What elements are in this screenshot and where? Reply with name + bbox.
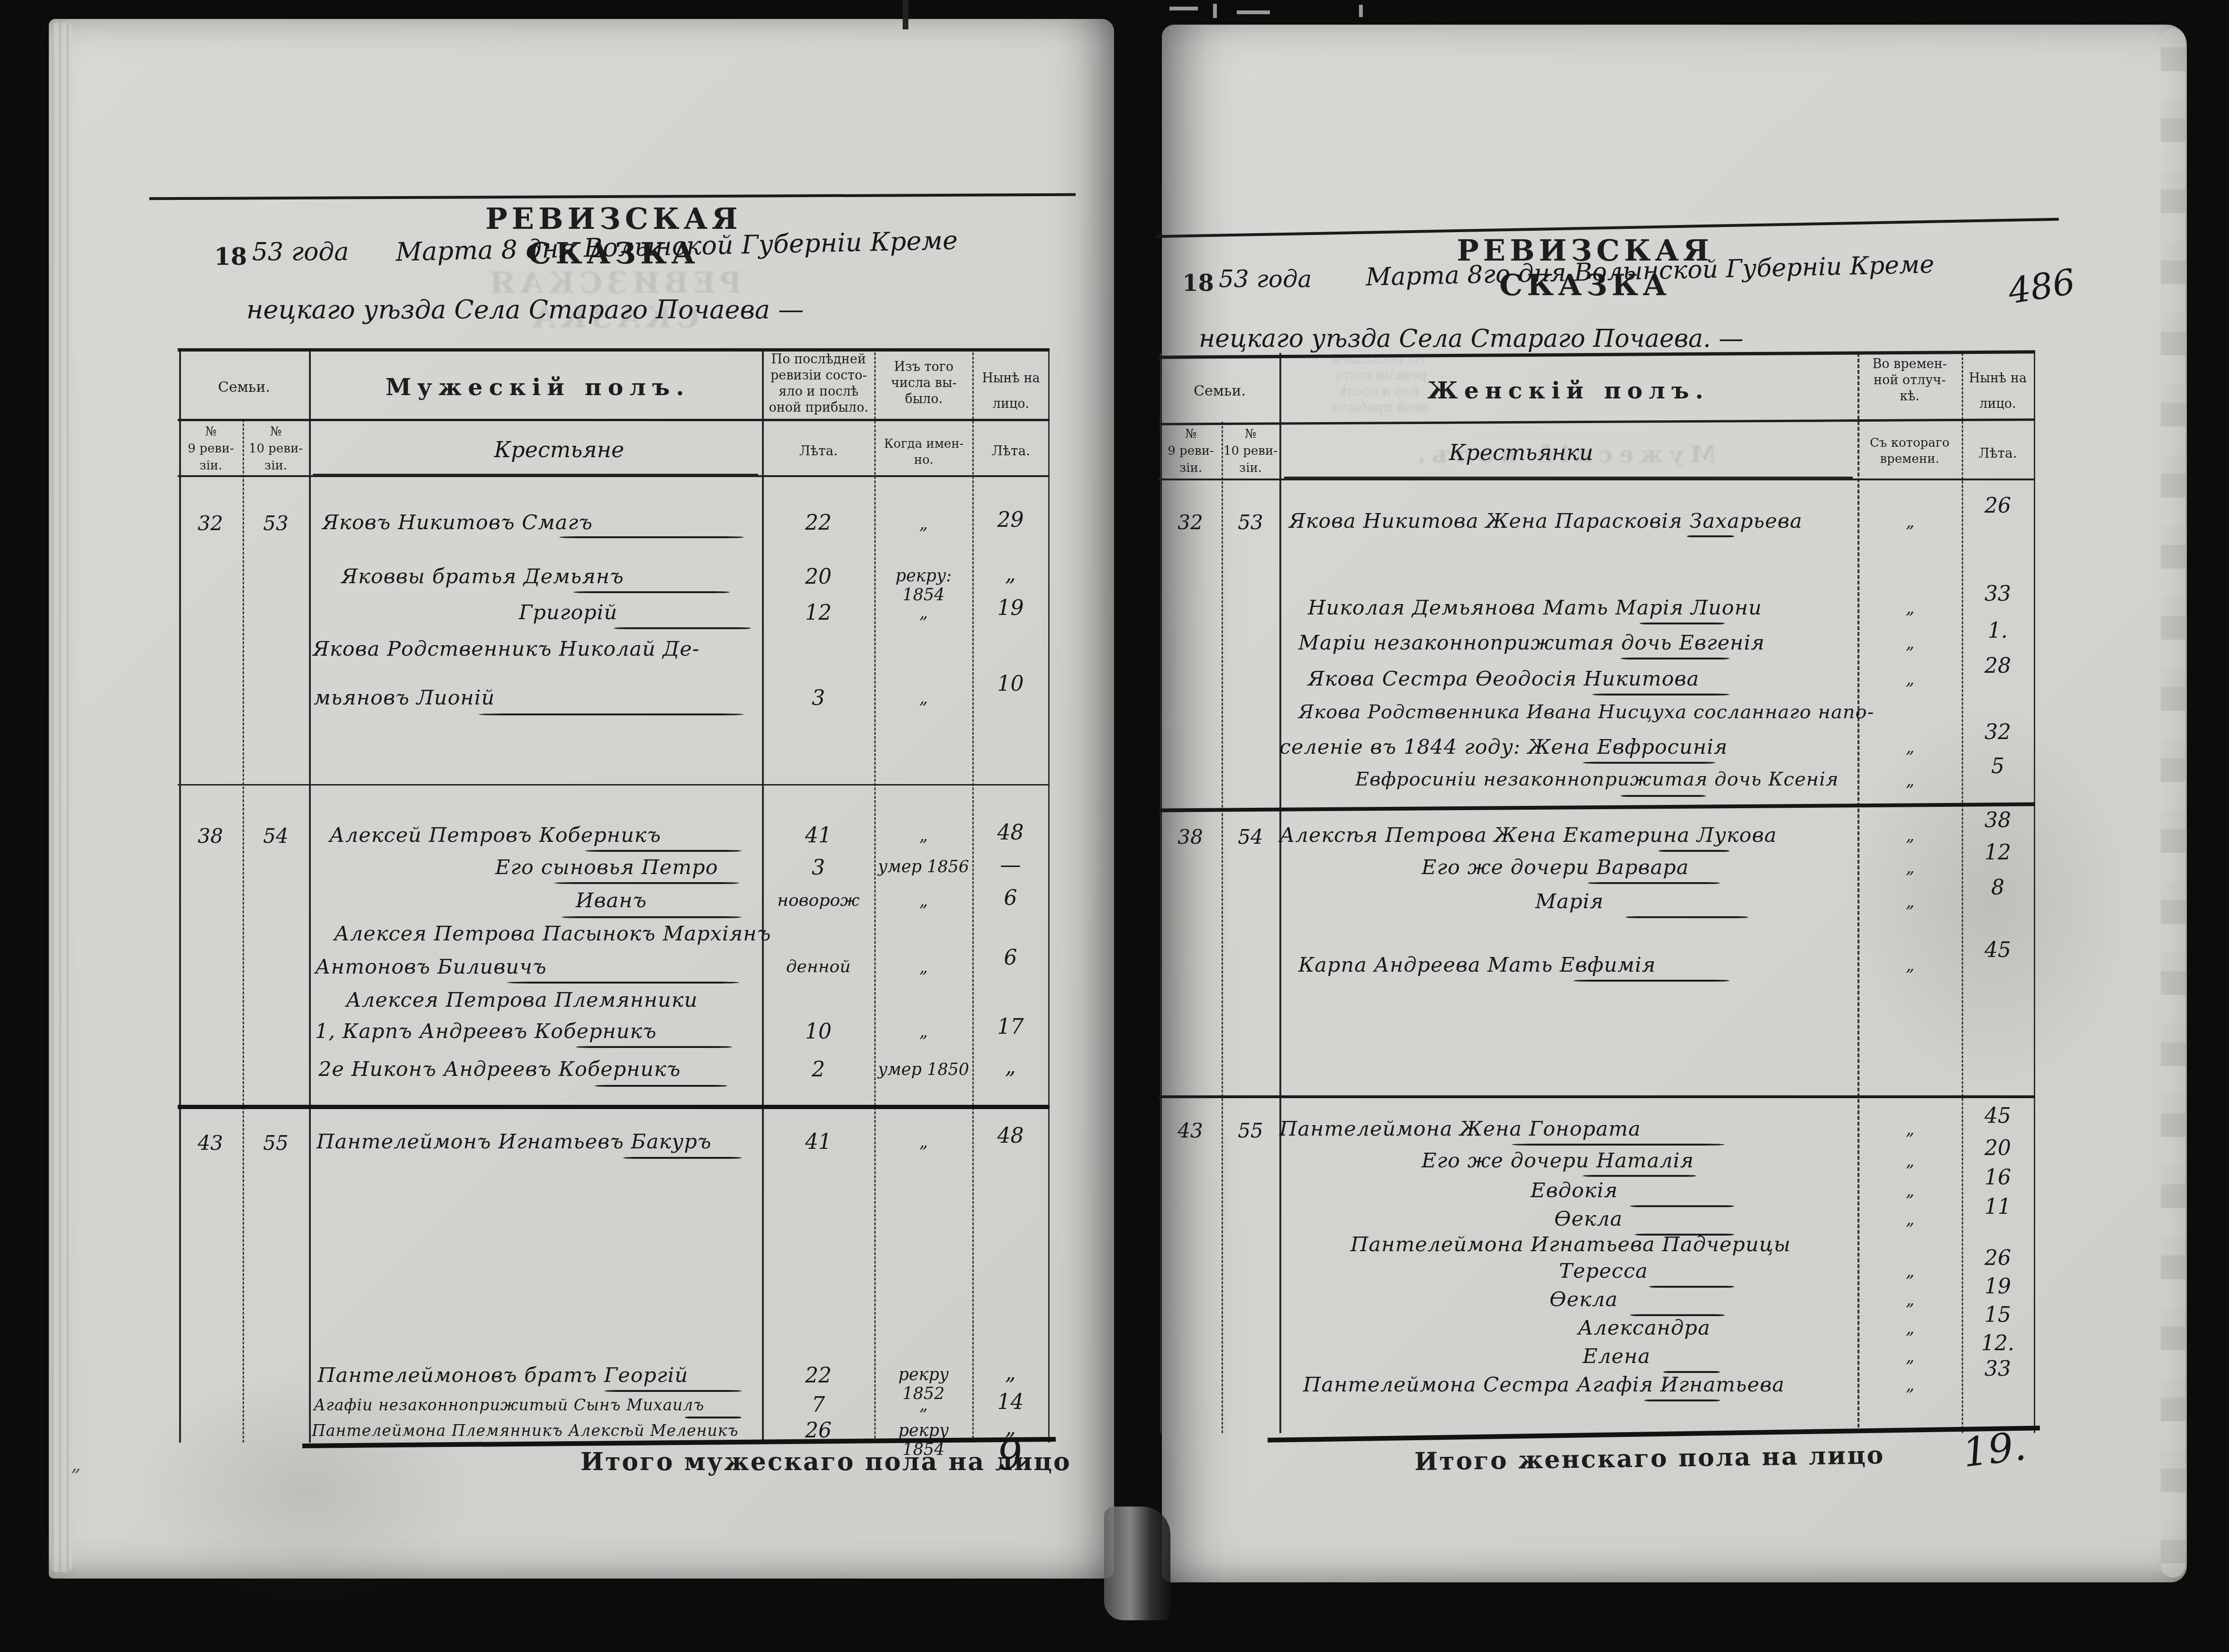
column-divider xyxy=(1279,353,1281,1433)
when-note: умер 1856 xyxy=(876,858,971,876)
age-now: 28 xyxy=(1963,654,2033,678)
peasants-underline xyxy=(313,474,758,476)
person-name: Марія xyxy=(1535,890,1604,913)
header-rev9: № 9 реви- зіи. xyxy=(1160,425,1222,477)
age-now: 12 xyxy=(1963,840,2033,865)
header-years: Лѣта. xyxy=(1963,445,2033,461)
header-absent: Во времен- ной отлуч- кѣ. xyxy=(1858,356,1961,405)
header-now-present: Нынѣ на лицо. xyxy=(1963,366,2033,417)
person-name: Евдокія xyxy=(1531,1179,1618,1202)
person-name: Григорій xyxy=(519,601,617,624)
age-now: 26 xyxy=(1963,1246,2033,1270)
fill-rule xyxy=(585,850,742,852)
when-mark: „ xyxy=(876,689,971,708)
header-peasants-hw: Крестьянки xyxy=(1398,440,1644,465)
since-mark: „ xyxy=(1860,826,1960,845)
person-name: селеніе въ 1844 году: Жена Евфросинія xyxy=(1279,735,1728,759)
person-name: Яковъ Никитовъ Смагъ xyxy=(322,511,593,534)
person-name: Антоновъ Биливичъ xyxy=(315,955,547,979)
when-mark: „ xyxy=(876,1133,971,1152)
age-prev: новорож xyxy=(764,891,873,910)
header-family: Семьи. xyxy=(179,379,309,396)
header-male-sex: Мужескій полъ. xyxy=(313,373,763,401)
fill-rule xyxy=(1621,658,1730,659)
person-name: Пантелеймоновъ братъ Георгій xyxy=(317,1363,688,1387)
fill-rule xyxy=(507,982,739,984)
person-name: Пантелеймона Жена Гонората xyxy=(1279,1117,1641,1141)
when-mark: „ xyxy=(876,826,971,845)
person-name: Якова Сестра Ѳеодосія Никитова xyxy=(1308,667,1699,691)
left-total-value: 9 xyxy=(995,1430,1025,1479)
family-no-9th: 38 xyxy=(180,824,241,848)
person-name: Агафіи незаконноприжитый Сынъ Михаилъ xyxy=(314,1396,705,1414)
since-mark: „ xyxy=(1860,893,1960,912)
family-no-9th: 32 xyxy=(1161,511,1220,534)
age-now: 29 xyxy=(974,508,1047,532)
age-now: 6 xyxy=(974,886,1047,910)
column-divider xyxy=(309,348,311,1443)
header-departed: Изъ того числа вы- было. xyxy=(875,359,972,407)
person-name: Маріи незаконноприжитая дочь Евгенія xyxy=(1298,631,1765,655)
left-date-year: 53 года xyxy=(252,238,349,266)
revision-list-scan: РЕВИЗСКАЯ СКАЗКА РЕВИЗСКАЯ СКАЗКА 18 53 … xyxy=(0,0,2229,1652)
fill-rule xyxy=(1649,1286,1734,1288)
fill-rule xyxy=(573,591,730,593)
since-mark: „ xyxy=(1860,1319,1960,1338)
family-no-10th: 53 xyxy=(244,512,308,535)
age-prev: 12 xyxy=(764,601,873,625)
person-name: Алексѣя Петрова Жена Екатерина Лукова xyxy=(1279,823,1777,847)
family-no-10th: 53 xyxy=(1223,511,1278,534)
family-separator xyxy=(178,1105,1050,1109)
header-rev10: № 10 реви- зіи. xyxy=(243,423,309,474)
age-now: 48 xyxy=(974,1124,1047,1148)
fill-rule xyxy=(554,882,739,884)
table-right-edge xyxy=(1048,348,1050,1443)
fill-rule xyxy=(614,627,751,629)
since-mark: „ xyxy=(1860,738,1960,757)
when-note: рекру: 1854 xyxy=(876,567,971,605)
page-stack-edge xyxy=(51,23,72,1572)
person-name: Пантелеймона Племянникъ Алексѣй Меленикъ xyxy=(312,1421,739,1440)
age-now: 1. xyxy=(1963,619,2033,643)
gutter-page-curl xyxy=(1104,1507,1170,1620)
person-name: Его же дочери Наталія xyxy=(1422,1149,1694,1173)
age-prev: денной xyxy=(764,957,873,976)
fill-rule xyxy=(1621,795,1706,797)
age-now: 19 xyxy=(974,596,1047,620)
fill-rule xyxy=(1625,916,1749,918)
age-now: 17 xyxy=(974,1015,1047,1039)
binding-mark xyxy=(903,0,908,29)
binding-mark xyxy=(1237,10,1270,14)
fill-rule xyxy=(623,1157,742,1159)
header-rev10: № 10 реви- зіи. xyxy=(1222,425,1279,477)
fill-rule xyxy=(1630,1205,1734,1207)
left-date-printed-prefix: 18 xyxy=(214,243,247,271)
column-divider xyxy=(1222,422,1223,1433)
since-mark: „ xyxy=(1860,634,1960,653)
age-now: 26 xyxy=(1963,494,2033,518)
header-rule xyxy=(1159,478,2035,480)
since-mark: „ xyxy=(1860,513,1960,532)
age-prev: 10 xyxy=(764,1020,873,1044)
header-rev9: № 9 реви- зіи. xyxy=(179,423,243,474)
age-prev: 41 xyxy=(764,823,873,848)
person-name: Пантелеймона Сестра Агафія Игнатьева xyxy=(1303,1373,1785,1397)
since-mark: „ xyxy=(1860,1210,1960,1229)
age-prev: 41 xyxy=(764,1130,873,1154)
age-now: 32 xyxy=(1963,720,2033,744)
since-mark: „ xyxy=(1860,858,1960,877)
fill-rule xyxy=(1592,694,1730,695)
age-now: 48 xyxy=(974,821,1047,845)
fill-rule xyxy=(1640,623,1725,624)
fill-rule xyxy=(685,1417,742,1418)
person-name: Его же дочери Варвара xyxy=(1422,856,1689,879)
age-now: 12. xyxy=(1963,1331,2033,1355)
age-prev: 22 xyxy=(764,1363,873,1388)
table-top-rule xyxy=(178,348,1050,352)
fill-rule xyxy=(595,1085,727,1087)
age-now: 45 xyxy=(1963,1104,2033,1128)
header-prev-revision: По послѣдней ревизіи состо- яло и послѣ … xyxy=(763,352,874,416)
age-now: 19 xyxy=(1963,1274,2033,1299)
age-now: 20 xyxy=(1963,1136,2033,1160)
left-date-line2: нецкаго уѣзда Села Стараго Почаева — xyxy=(246,295,804,325)
header-since: Съ котораго времени. xyxy=(1858,435,1961,467)
since-mark: „ xyxy=(1860,1182,1960,1201)
person-name: Николая Демьянова Мать Марія Лиони xyxy=(1308,596,1762,620)
age-prev: 22 xyxy=(764,511,873,535)
header-rule xyxy=(178,419,1050,421)
when-mark: „ xyxy=(876,515,971,533)
person-name: Якова Никитова Жена Парасковія Захарьева xyxy=(1289,509,1803,533)
family-no-9th: 32 xyxy=(180,512,241,535)
header-peasants-hw: Крестьяне xyxy=(450,437,668,462)
header-years-now: Лѣта. xyxy=(974,443,1048,459)
header-female-sex: Женскій полъ. xyxy=(1279,377,1857,404)
header-when: Когда имен- но. xyxy=(875,436,972,468)
person-name: Карпа Андреева Мать Евфимія xyxy=(1298,953,1656,977)
person-name: Якова Родственникъ Николай Де- xyxy=(313,637,699,661)
age-now: 15 xyxy=(1963,1303,2033,1327)
column-divider xyxy=(1857,353,1859,1433)
age-now: 14 xyxy=(974,1390,1047,1414)
fill-rule xyxy=(1658,850,1730,852)
age-prev: 26 xyxy=(764,1418,873,1443)
when-mark: „ xyxy=(876,958,971,977)
person-name: Алексей Петровъ Коберникъ xyxy=(329,823,661,847)
since-mark: „ xyxy=(1860,1347,1960,1366)
fill-rule xyxy=(1573,980,1730,982)
person-name: Елена xyxy=(1583,1345,1650,1368)
header-years: Лѣта. xyxy=(763,443,874,459)
age-prev: 20 xyxy=(764,565,873,589)
right-total-value: 19. xyxy=(1960,1422,2029,1476)
fill-rule xyxy=(479,713,744,715)
when-mark: „ xyxy=(876,892,971,911)
age-now: 33 xyxy=(1963,582,2033,606)
since-mark: „ xyxy=(1860,1262,1960,1281)
binding-mark xyxy=(1359,5,1363,17)
person-name: Пантелеймонъ Игнатьевъ Бакуръ xyxy=(317,1130,712,1154)
right-date-printed-prefix: 18 xyxy=(1182,270,1214,297)
person-name: Иванъ xyxy=(576,889,647,912)
fill-rule xyxy=(1512,1144,1725,1146)
since-mark: „ xyxy=(1860,670,1960,689)
age-now: 11 xyxy=(1963,1195,2033,1219)
since-mark: „ xyxy=(1860,1376,1960,1395)
binding-mark xyxy=(1213,4,1217,18)
margin-ditto-mark: „ xyxy=(71,1453,81,1475)
person-name: Пантелеймона Игнатьева Падчерицы xyxy=(1350,1233,1791,1256)
age-now: „ xyxy=(974,1361,1047,1385)
person-name: Тересса xyxy=(1559,1259,1648,1283)
when-mark: „ xyxy=(876,1396,971,1415)
age-prev: 3 xyxy=(764,856,873,880)
person-name: Ѳекла xyxy=(1549,1288,1618,1311)
person-name: Его сыновья Петро xyxy=(495,856,718,879)
age-now: 45 xyxy=(1963,938,2033,962)
since-mark: „ xyxy=(1860,1291,1960,1309)
table-right-edge xyxy=(2034,353,2035,1433)
person-name: Евфросиніи незаконноприжитая дочь Ксенія xyxy=(1355,768,1839,790)
age-prev: 7 xyxy=(764,1393,873,1417)
since-mark: „ xyxy=(1860,1152,1960,1171)
family-no-9th: 43 xyxy=(180,1131,241,1155)
fill-rule xyxy=(604,1390,742,1392)
fill-rule xyxy=(1583,762,1715,764)
header-now-present: Нынѣ на лицо. xyxy=(974,366,1048,417)
when-note: умер 1850 xyxy=(876,1060,971,1079)
since-mark: „ xyxy=(1860,771,1960,790)
fill-rule xyxy=(1583,1175,1696,1177)
age-now: — xyxy=(974,853,1047,877)
family-no-10th: 55 xyxy=(244,1131,308,1155)
fill-rule xyxy=(1687,535,1734,537)
person-name: 1, Карпъ Андреевъ Коберникъ xyxy=(315,1020,657,1043)
since-mark: „ xyxy=(1860,1120,1960,1139)
person-name: Алексея Петрова Племянники xyxy=(346,988,698,1012)
age-now: 16 xyxy=(1963,1165,2033,1190)
age-now: 5 xyxy=(1963,754,2033,778)
person-name: Ѳекла xyxy=(1554,1207,1622,1231)
since-mark: „ xyxy=(1860,599,1960,618)
family-separator xyxy=(178,784,1050,785)
family-separator xyxy=(1159,1095,2035,1098)
fill-rule xyxy=(562,916,742,918)
person-name: 2е Никонъ Андреевъ Коберникъ xyxy=(318,1057,681,1081)
age-now: „ xyxy=(974,562,1047,586)
fill-rule xyxy=(576,1046,732,1048)
family-no-10th: 54 xyxy=(1223,825,1278,849)
header-family: Семьи. xyxy=(1160,383,1279,399)
right-date-line2: нецкаго уѣзда Села Стараго Почаева. — xyxy=(1199,325,1743,353)
person-name: Якова Родственника Ивана Нисцуха сосланн… xyxy=(1298,701,1874,723)
family-no-9th: 43 xyxy=(1161,1119,1220,1142)
when-mark: „ xyxy=(876,1022,971,1041)
family-no-9th: 38 xyxy=(1161,825,1220,849)
age-now: „ xyxy=(974,1055,1047,1079)
age-now: 6 xyxy=(974,946,1047,970)
age-prev: 3 xyxy=(764,686,873,710)
family-no-10th: 54 xyxy=(244,824,308,848)
since-mark: „ xyxy=(1860,956,1960,975)
age-now: 33 xyxy=(1963,1357,2033,1381)
when-mark: „ xyxy=(876,604,971,623)
person-name: мьяновъ Лионій xyxy=(314,686,495,710)
torn-right-edge xyxy=(2161,28,2185,1578)
fill-rule xyxy=(559,536,744,538)
peasants-underline xyxy=(1284,477,1853,478)
fill-rule xyxy=(1644,1399,1720,1401)
age-now: 8 xyxy=(1963,876,2033,900)
person-name: Алексея Петрова Пасынокъ Мархіянъ xyxy=(334,922,771,946)
person-name: Яковвы братья Демьянъ xyxy=(341,565,624,588)
age-now: 38 xyxy=(1963,808,2033,832)
age-now: 10 xyxy=(974,672,1047,696)
fill-rule xyxy=(1587,882,1720,884)
person-name: Александра xyxy=(1578,1316,1711,1340)
column-divider xyxy=(243,419,244,1443)
binding-mark xyxy=(1169,7,1198,10)
age-prev: 2 xyxy=(764,1057,873,1082)
right-date-year: 53 года xyxy=(1219,265,1312,293)
family-no-10th: 55 xyxy=(1223,1119,1278,1142)
